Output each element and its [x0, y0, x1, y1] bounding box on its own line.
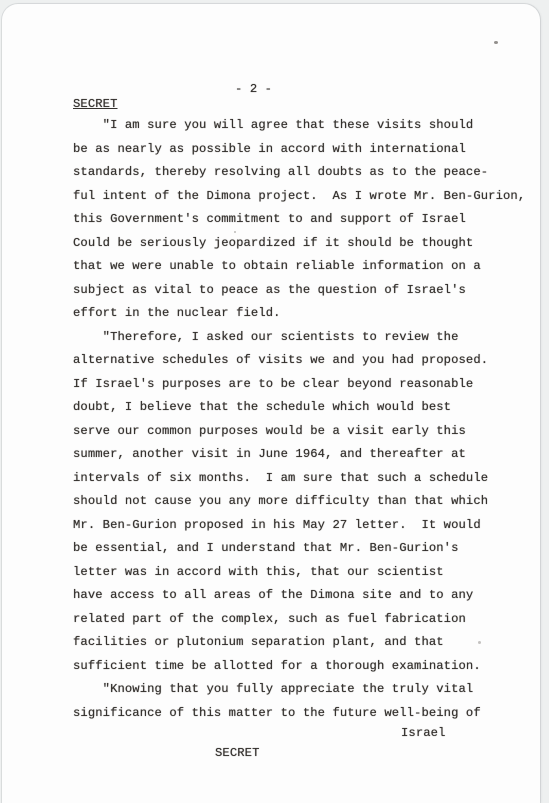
document-line: standards, thereby resolving all doubts … — [73, 161, 543, 185]
scan-speck — [478, 641, 481, 644]
document-line: effort in the nuclear field. — [73, 302, 543, 326]
document-line: "Knowing that you fully appreciate the t… — [73, 678, 543, 702]
scanned-letter-page: - 2 - SECRET "I am sure you will agree t… — [0, 0, 549, 803]
document-line: If Israel's purposes are to be clear bey… — [73, 373, 543, 397]
document-line: be essential, and I understand that Mr. … — [73, 537, 543, 561]
document-line: serve our common purposes would be a vis… — [73, 420, 543, 444]
document-line: "Therefore, I asked our scientists to re… — [73, 326, 543, 350]
page-number: - 2 - — [235, 82, 272, 96]
document-line: intervals of six months. I am sure that … — [73, 467, 543, 491]
document-line: ful intent of the Dimona project. As I w… — [73, 185, 543, 209]
document-line: alternative schedules of visits we and y… — [73, 349, 543, 373]
document-line: should not cause you any more difficulty… — [73, 490, 543, 514]
classification-marking-top: SECRET — [73, 97, 117, 111]
document-line: related part of the complex, such as fue… — [73, 608, 543, 632]
document-line: that we were unable to obtain reliable i… — [73, 255, 543, 279]
letter-body: "I am sure you will agree that these vis… — [73, 114, 543, 725]
document-line: significance of this matter to the futur… — [73, 702, 543, 726]
paper-sheet: - 2 - SECRET "I am sure you will agree t… — [2, 4, 540, 803]
document-line: have access to all areas of the Dimona s… — [73, 584, 543, 608]
scan-speck — [494, 41, 498, 44]
document-line: "I am sure you will agree that these vis… — [73, 114, 543, 138]
document-line: sufficient time be allotted for a thorou… — [73, 655, 543, 679]
document-line: Could be seriously jeopardized if it sho… — [73, 232, 543, 256]
catchword-next-page: Israel — [401, 726, 445, 740]
document-line: doubt, I believe that the schedule which… — [73, 396, 543, 420]
document-line: subject as vital to peace as the questio… — [73, 279, 543, 303]
document-line: letter was in accord with this, that our… — [73, 561, 543, 585]
document-line: this Government's commitment to and supp… — [73, 208, 543, 232]
document-line: facilities or plutonium separation plant… — [73, 631, 543, 655]
scan-speck — [234, 231, 236, 233]
document-line: be as nearly as possible in accord with … — [73, 138, 543, 162]
document-line: summer, another visit in June 1964, and … — [73, 443, 543, 467]
document-line: Mr. Ben-Gurion proposed in his May 27 le… — [73, 514, 543, 538]
classification-marking-bottom: SECRET — [215, 746, 259, 760]
